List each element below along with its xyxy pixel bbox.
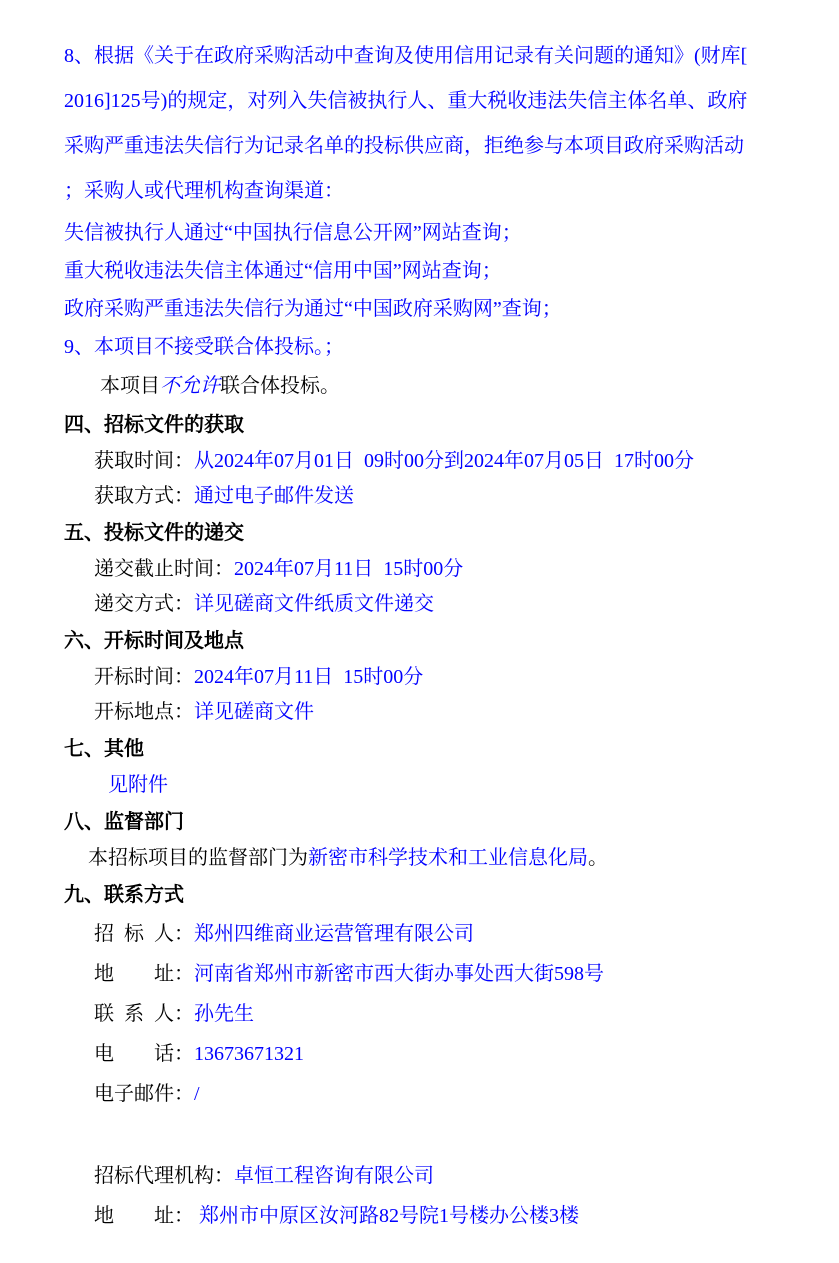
procurement-notice-page: 8、根据《关于在政府采购活动中查询及使用信用记录有关问题的通知》(财库[ 201… [0,0,839,1263]
agency-row: 招标代理机构：卓恒工程咨询有限公司 [94,1156,775,1196]
clause-9: 9、本项目不接受联合体投标。； [64,328,775,366]
address-row: 地址：河南省郑州市新密市西大街办事处西大街598号 [94,954,775,994]
supervision-row: 本招标项目的监督部门为新密市科学技术和工业信息化局。 [88,841,775,876]
clause-8-line-4: ；采购人或代理机构查询渠道： [64,169,775,214]
email-label: 电子邮件 [94,1074,174,1114]
blank-line [64,1114,775,1156]
submission-method-label: 递交方式： [94,593,194,615]
tenderer-label: 招标人 [94,914,174,954]
attachment-link: 见附件 [108,768,775,803]
phone-value: 13673671321 [194,1043,304,1065]
clause-8-line-1: 8、根据《关于在政府采购活动中查询及使用信用记录有关问题的通知》(财库[ [64,34,775,79]
joint-bid-note: 本项目不允许联合体投标。 [100,366,775,406]
opening-time-row: 开标时间：2024年07月11日 15时00分 [94,660,775,695]
acquisition-method-value: 通过电子邮件发送 [194,485,354,507]
supervision-prefix: 本招标项目的监督部门为 [88,847,308,869]
section-title-acquisition: 四、招标文件的获取 [64,406,775,444]
clause-8-line-2: 2016]125号)的规定，对列入失信被执行人、重大税收违法失信主体名单、政府 [64,79,775,124]
opening-place-value: 详见磋商文件 [194,701,314,723]
opening-time-label: 开标时间： [94,666,194,688]
contact-person-row: 联系人：孙先生 [94,994,775,1034]
address-label: 地址 [94,954,174,994]
tenderer-colon: ： [174,923,194,945]
channel-gov-procurement: 政府采购严重违法失信行为通过“中国政府采购网”查询； [64,290,775,328]
phone-colon: ： [174,1043,194,1065]
note-suffix: 联合体投标。 [220,375,340,397]
contact-person-label: 联系人 [94,994,174,1034]
opening-place-row: 开标地点：详见磋商文件 [94,695,775,730]
acquisition-time-value: 从2024年07月01日 09时00分到2024年07月05日 17时00分 [194,450,694,472]
submission-deadline-label: 递交截止时间： [94,558,234,580]
agency-address-row: 地址： 郑州市中原区汝河路82号院1号楼办公楼3楼 [94,1196,775,1236]
section-title-other: 七、其他 [64,730,775,768]
agency-address-label: 地址 [94,1196,174,1236]
submission-deadline-value: 2024年07月11日 15时00分 [234,558,463,580]
acquisition-method-row: 获取方式：通过电子邮件发送 [94,479,775,514]
clause-8-paragraph: 8、根据《关于在政府采购活动中查询及使用信用记录有关问题的通知》(财库[ 201… [64,34,775,214]
tenderer-value: 郑州四维商业运营管理有限公司 [194,923,474,945]
supervision-department: 新密市科学技术和工业信息化局 [308,847,588,869]
email-value: / [194,1083,200,1105]
contact-person-value: 孙先生 [194,1003,254,1025]
credit-query-channels: 失信被执行人通过“中国执行信息公开网”网站查询； 重大税收违法失信主体通过“信用… [64,214,775,328]
channel-dishonest-executee: 失信被执行人通过“中国执行信息公开网”网站查询； [64,214,775,252]
opening-place-label: 开标地点： [94,701,194,723]
supervision-suffix: 。 [588,847,608,869]
phone-row: 电话：13673671321 [94,1034,775,1074]
agency-address-colon: ： [174,1205,194,1227]
address-colon: ： [174,963,194,985]
acquisition-method-label: 获取方式： [94,485,194,507]
acquisition-time-row: 获取时间：从2024年07月01日 09时00分到2024年07月05日 17时… [94,444,775,479]
note-emphasis: 不允许 [160,375,220,397]
contact-person-colon: ： [174,1003,194,1025]
section-title-contact: 九、联系方式 [64,876,775,914]
agency-colon: ： [214,1165,234,1187]
submission-deadline-row: 递交截止时间：2024年07月11日 15时00分 [94,552,775,587]
agency-value: 卓恒工程咨询有限公司 [234,1165,434,1187]
address-value: 河南省郑州市新密市西大街办事处西大街598号 [194,963,604,985]
section-title-supervision: 八、监督部门 [64,803,775,841]
acquisition-time-label: 获取时间： [94,450,194,472]
note-prefix: 本项目 [100,375,160,397]
section-title-submission: 五、投标文件的递交 [64,514,775,552]
phone-label: 电话 [94,1034,174,1074]
email-row: 电子邮件：/ [94,1074,775,1114]
submission-method-value: 详见磋商文件纸质文件递交 [194,593,434,615]
agency-label: 招标代理机构 [94,1165,214,1187]
section-title-opening: 六、开标时间及地点 [64,622,775,660]
submission-method-row: 递交方式：详见磋商文件纸质文件递交 [94,587,775,622]
agency-address-value: 郑州市中原区汝河路82号院1号楼办公楼3楼 [194,1205,579,1227]
clause-8-line-3: 采购严重违法失信行为记录名单的投标供应商，拒绝参与本项目政府采购活动 [64,124,775,169]
tenderer-row: 招标人：郑州四维商业运营管理有限公司 [94,914,775,954]
email-colon: ： [174,1083,194,1105]
channel-tax-violation: 重大税收违法失信主体通过“信用中国”网站查询； [64,252,775,290]
opening-time-value: 2024年07月11日 15时00分 [194,666,423,688]
